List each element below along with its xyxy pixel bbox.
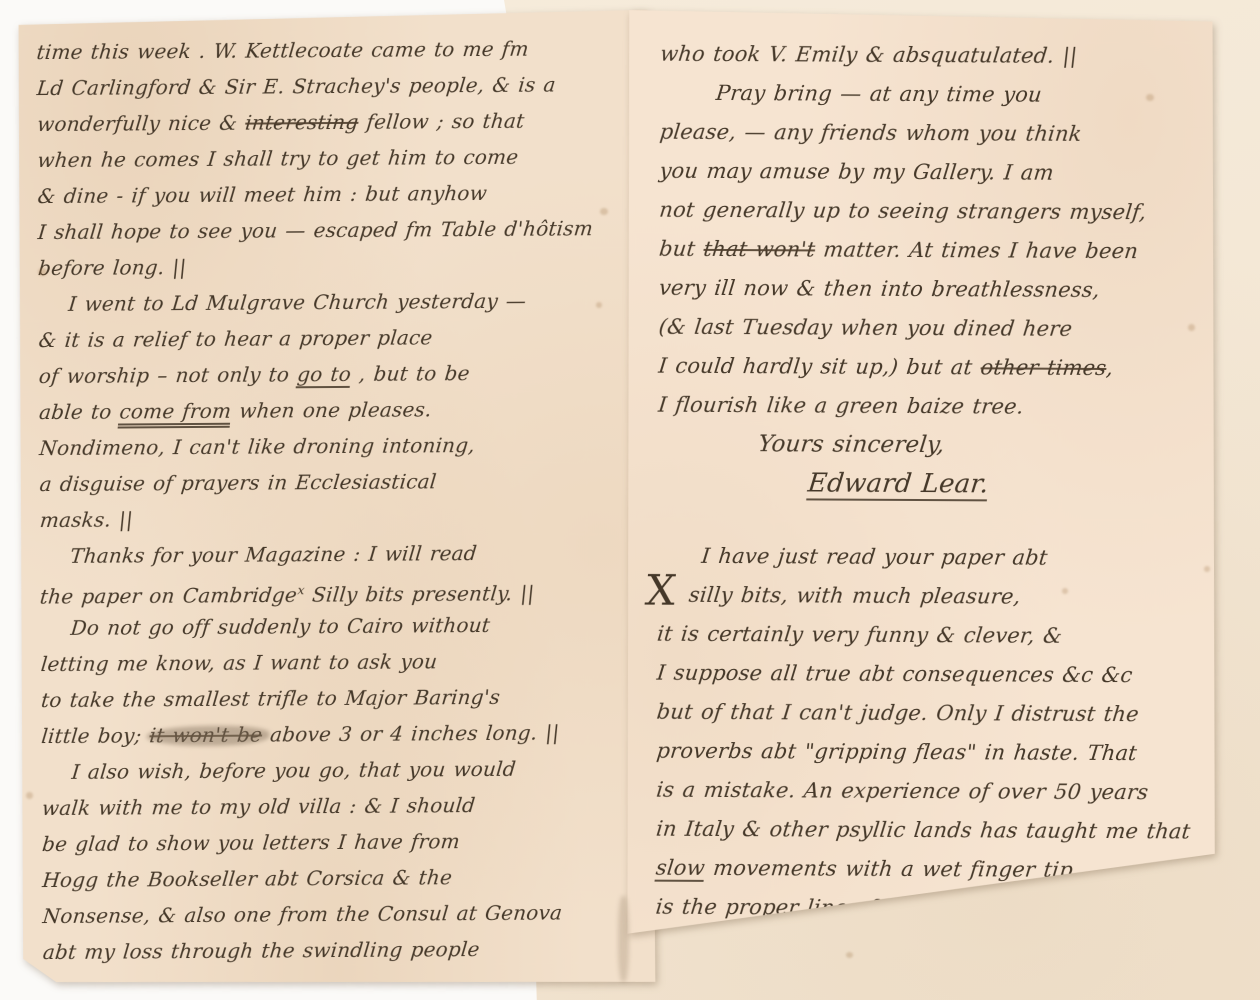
foxing-spot	[600, 208, 608, 215]
handwriting-line: Ld Carlingford & Sir E. Strachey's peopl…	[35, 66, 647, 106]
handwriting-line: but that won't matter. At times I have b…	[657, 230, 1215, 272]
handwriting-line: I could hardly sit up,) but at other tim…	[656, 347, 1214, 389]
handwriting-line: & it is a relief to hear a proper place	[37, 318, 649, 358]
handwriting-line: be glad to show you letters I have from	[41, 822, 653, 862]
handwriting-line: in Italy & other psyllic lands has taugh…	[654, 810, 1212, 852]
handwriting-line: masks. ||	[38, 498, 650, 538]
handwriting-line: time this week . W. Kettlecoate came to …	[35, 30, 647, 70]
handwriting-line: Pray bring — at any time you	[714, 74, 1216, 116]
letter-page-right-wrap: who took V. Emily & absquatulated. ||Pra…	[614, 4, 1221, 939]
handwriting-line: please, — any friends whom you think	[658, 113, 1216, 155]
valediction: Yours sincerely,	[756, 425, 1214, 466]
foxing-spot	[1146, 94, 1154, 101]
handwriting-line: & dine - if you will meet him : but anyh…	[36, 174, 648, 214]
handwriting-line: walk with me to my old villa : & I shoul…	[40, 786, 652, 826]
foxing-spot	[1204, 566, 1210, 572]
handwriting-line: (& last Tuesday when you dined here	[657, 308, 1215, 350]
handwriting-line: slow movements with a wet finger tip,	[654, 849, 1212, 891]
letter-page-left-wrap: time this week . W. Kettlecoate came to …	[17, 8, 656, 990]
foxing-spot	[26, 792, 33, 799]
edge-smudge	[618, 896, 629, 982]
handwriting-line: I have just read your paper abt	[699, 537, 1213, 579]
handwriting-line: before long. ||	[37, 246, 649, 286]
letter-page-left: time this week . W. Kettlecoate came to …	[17, 8, 656, 990]
letter-page-right: who took V. Emily & absquatulated. ||Pra…	[614, 4, 1221, 939]
handwriting-line: Thanks for your Magazine : I will read	[69, 534, 651, 574]
handwriting-line: very ill now & then into breathlessness,	[657, 269, 1215, 311]
handwriting-line: when he comes I shall try to get him to …	[36, 138, 648, 178]
handwriting-line: of worship – not only to go to , but to …	[37, 354, 649, 394]
handwriting-line: Nonsense, & also one from the Consul at …	[41, 894, 653, 934]
handwriting-line: wonderfully nice & interesting fellow ; …	[36, 102, 648, 142]
handwriting-line: the paper on Cambridgex Silly bits prese…	[39, 570, 651, 610]
handwriting-line: Nondimeno, I can't like droning intoning…	[38, 426, 650, 466]
handwriting-line: I also wish, before you go, that you wou…	[70, 750, 652, 790]
foxing-spot	[38, 268, 47, 276]
handwriting-line: I suppose all true abt consequences &c &…	[655, 654, 1213, 696]
handwriting-line: letting me know, as I want to ask you	[39, 642, 651, 682]
handwriting-line: it is certainly very funny & clever, &	[655, 615, 1213, 657]
handwriting-line: not generally up to seeing strangers mys…	[657, 191, 1215, 233]
handwriting-line: able to come from when one pleases.	[38, 390, 650, 430]
handwriting-line: Hogg the Bookseller abt Corsica & the	[41, 858, 653, 898]
handwriting-line: little boy; it won't be above 3 or 4 inc…	[40, 714, 652, 754]
handwriting-line: to take the smallest trifle to Major Bar…	[40, 678, 652, 718]
handwriting-line: Do not go off suddenly to Cairo without	[69, 606, 651, 646]
handwriting-line: I shall hope to see you — escaped fm Tab…	[36, 210, 648, 250]
handwriting-line: proverbs abt "gripping fleas" in haste. …	[654, 732, 1212, 774]
handwriting-line: but of that I can't judge. Only I distru…	[655, 693, 1213, 735]
handwriting-line: is a mistake. An experience of over 50 y…	[654, 771, 1212, 813]
foxing-spot	[1062, 588, 1068, 594]
signature: Edward Lear.	[806, 464, 1214, 505]
letter-photograph: time this week . W. Kettlecoate came to …	[0, 0, 1260, 1000]
handwriting-line: X silly bits, with much pleasure,	[643, 576, 1213, 618]
handwriting-line: is the proper line of action ~	[654, 888, 1212, 930]
handwriting-line: abt my loss through the swindling people	[41, 930, 653, 970]
foxing-spot	[846, 952, 853, 958]
foxing-spot	[596, 302, 602, 308]
foxing-spot	[1188, 324, 1195, 331]
handwriting-line: who took V. Emily & absquatulated. ||	[658, 35, 1216, 77]
handwriting-line: I flourish like a green baize tree.	[656, 386, 1214, 428]
handwriting-line: a disguise of prayers in Ecclesiastical	[38, 462, 650, 502]
handwriting-line: you may amuse by my Gallery. I am	[657, 152, 1215, 194]
handwriting-line: I went to Ld Mulgrave Church yesterday —	[67, 282, 649, 322]
